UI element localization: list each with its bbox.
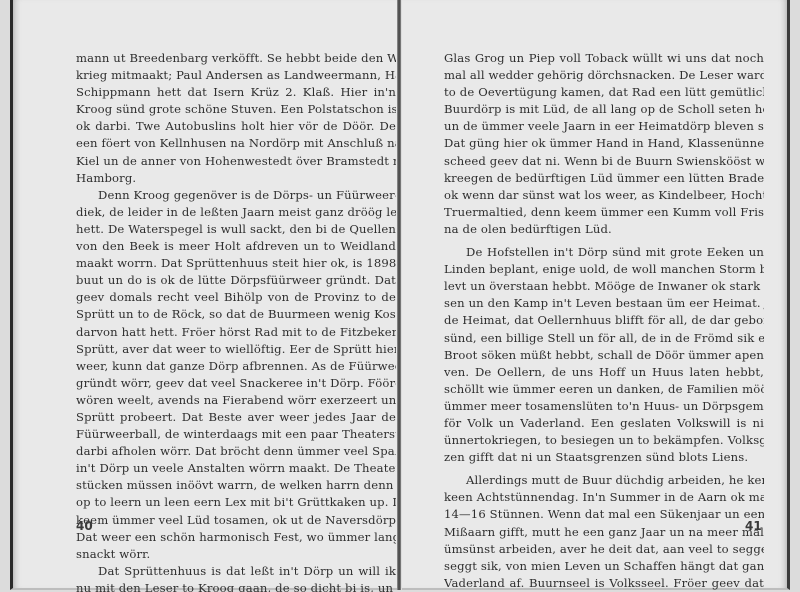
text-line: levt un överstaan hebbt. Mööge de Inwane… bbox=[444, 278, 764, 295]
text-line: 14—16 Stünnen. Wenn dat mal een Sükenjaa… bbox=[444, 506, 764, 523]
text-line: Kroog sünd grote schöne Stuven. Een Pols… bbox=[76, 101, 396, 118]
page-number-left: 40 bbox=[76, 519, 93, 533]
text-line: för Volk un Vaderland. Een geslaten Volk… bbox=[444, 415, 764, 432]
text-line: ünnertokriegen, to besiegen un to bekämp… bbox=[444, 432, 764, 449]
text-line: ümsünst arbeiden, aver he deit dat, aan … bbox=[444, 541, 764, 558]
text-line: ok wenn dar sünst wat los weer, as Kinde… bbox=[444, 187, 764, 204]
text-line: un de ümmer veele Jaarn in eer Heimatdör… bbox=[444, 118, 764, 135]
text-line: snackt wörr. bbox=[76, 546, 396, 563]
paragraph: Denn Kroog gegenöver is de Dörps- un Füü… bbox=[76, 187, 396, 563]
paragraph: Dat Sprüttenhuus is dat leßt in't Dörp u… bbox=[76, 563, 396, 592]
book-gutter bbox=[397, 0, 401, 590]
text-line: seggt sik, von mien Leven un Schaffen hä… bbox=[444, 558, 764, 575]
text-line: Linden beplant, enige uold, de woll manc… bbox=[444, 261, 764, 278]
text-line: diek, de leider in de leßten Jaarn meist… bbox=[76, 204, 396, 221]
text-line: zen gifft dat ni un Staatsgrenzen sünd b… bbox=[444, 449, 764, 466]
text-line: stücken müssen inöövt warrn, de welken h… bbox=[76, 477, 396, 494]
page-number-right: 41 bbox=[745, 519, 762, 533]
text-line: Glas Grog un Piep voll Toback wüllt wi u… bbox=[444, 50, 764, 67]
text-line: krieg mitmaakt; Paul Andersen as Landwee… bbox=[76, 67, 396, 84]
right-page: Glas Grog un Piep voll Toback wüllt wi u… bbox=[402, 0, 790, 590]
paragraph: Allerdings mutt de Buur düchdig arbeiden… bbox=[444, 472, 764, 592]
right-page-text: Glas Grog un Piep voll Toback wüllt wi u… bbox=[444, 50, 764, 592]
left-page-text: mann ut Breedenbarg verköfft. Se hebbt b… bbox=[76, 50, 396, 592]
text-line: Hamborg. bbox=[76, 170, 396, 187]
text-line: Sprütt, aver dat weer to wiellöftig. Eer… bbox=[76, 341, 396, 358]
text-line: sünd, een billige Stell un för all, de i… bbox=[444, 330, 764, 347]
text-line: wören weelt, avends na Fierabend wörr ex… bbox=[76, 392, 396, 409]
paragraph: mann ut Breedenbarg verköfft. Se hebbt b… bbox=[76, 50, 396, 187]
text-line: sen un den Kamp in't Leven bestaan üm ee… bbox=[444, 295, 764, 312]
text-line: weer, kunn dat ganze Dörp afbrennen. As … bbox=[76, 358, 396, 375]
text-line: mann ut Breedenbarg verköfft. Se hebbt b… bbox=[76, 50, 396, 67]
paragraph: Glas Grog un Piep voll Toback wüllt wi u… bbox=[444, 50, 764, 238]
text-line: Kiel un de anner von Hohenwestedt över B… bbox=[76, 153, 396, 170]
text-line: kreegen de bedürftigen Lüd ümmer een lüt… bbox=[444, 170, 764, 187]
text-line: Sprütt probeert. Dat Beste aver weer jed… bbox=[76, 409, 396, 426]
text-line: ümmer meer tosamenslüten to'n Huus- un D… bbox=[444, 398, 764, 415]
text-line: op to leern un leen eern Lex mit bi't Gr… bbox=[76, 494, 396, 511]
text-line: Denn Kroog gegenöver is de Dörps- un Füü… bbox=[76, 187, 396, 204]
text-line: darvon hatt hett. Fröer hörst Rad mit to… bbox=[76, 324, 396, 341]
text-line: schöllt wie ümmer eeren un danken, de Fa… bbox=[444, 381, 764, 398]
text-line: hett. De Waterspegel is wull sackt, den … bbox=[76, 221, 396, 238]
text-line: Schippmann hett dat Isern Krüz 2. Klaß. … bbox=[76, 84, 396, 101]
text-line: Dat Sprüttenhuus is dat leßt in't Dörp u… bbox=[76, 563, 396, 580]
text-line: keem ümmer veel Lüd tosamen, ok ut de Na… bbox=[76, 512, 396, 529]
text-line: scheed geev dat ni. Wenn bi de Buurn Swi… bbox=[444, 153, 764, 170]
text-line: darbi afholen wörr. Dat bröcht denn ümme… bbox=[76, 443, 396, 460]
text-line: Broot söken müßt hebbt, schall de Döör ü… bbox=[444, 347, 764, 364]
text-line: in't Dörp un veele Anstalten wörrn maakt… bbox=[76, 460, 396, 477]
text-line: gründt wörr, geev dat veel Snackeree in'… bbox=[76, 375, 396, 392]
text-line: Dat güng hier ok ümmer Hand in Hand, Kla… bbox=[444, 135, 764, 152]
text-line: De Hofstellen in't Dörp sünd mit grote E… bbox=[444, 244, 764, 261]
text-line: nu mit den Leser to Kroog gaan, de so di… bbox=[76, 580, 396, 592]
text-line: na de olen bedürftigen Lüd. bbox=[444, 221, 764, 238]
text-line: maakt worrn. Dat Sprüttenhuus steit hier… bbox=[76, 255, 396, 272]
text-line: Mißaarn gifft, mutt he een ganz Jaar un … bbox=[444, 524, 764, 541]
text-line: ven. De Oellern, de uns Hoff un Huus lat… bbox=[444, 364, 764, 381]
text-line: ok darbi. Twe Autobuslins holt hier vör … bbox=[76, 118, 396, 135]
text-line: von den Beek is meer Holt afdreven un to… bbox=[76, 238, 396, 255]
text-line: buut un do is ok de lütte Dörpsfüürweer … bbox=[76, 272, 396, 289]
left-page: mann ut Breedenbarg verköfft. Se hebbt b… bbox=[10, 0, 401, 590]
text-line: Sprütt un to de Röck, so dat de Buurmeen… bbox=[76, 306, 396, 323]
text-line: Buurdörp is mit Lüd, de all lang op de S… bbox=[444, 101, 764, 118]
paragraph: De Hofstellen in't Dörp sünd mit grote E… bbox=[444, 244, 764, 466]
text-line: de Heimat, dat Oellernhuus blifft för al… bbox=[444, 312, 764, 329]
text-line: een föert von Kellnhusen na Nordörp mit … bbox=[76, 135, 396, 152]
text-line: keen Achtstünnendag. In'n Summer in de A… bbox=[444, 489, 764, 506]
text-line: mal all wedder gehörig dörchsnacken. De … bbox=[444, 67, 764, 84]
text-line: Truermaltied, denn keem ümmer een Kumm v… bbox=[444, 204, 764, 221]
book-spread: mann ut Breedenbarg verköfft. Se hebbt b… bbox=[0, 0, 800, 592]
text-line: geev domals recht veel Bihölp von de Pro… bbox=[76, 289, 396, 306]
text-line: Allerdings mutt de Buur düchdig arbeiden… bbox=[444, 472, 764, 489]
text-line: Füürweerball, de winterdaags mit een paa… bbox=[76, 426, 396, 443]
text-line: Dat weer een schön harmonisch Fest, wo ü… bbox=[76, 529, 396, 546]
text-line: Vaderland af. Buurnseel is Volksseel. Fr… bbox=[444, 575, 764, 592]
text-line: to de Oevertügung kamen, dat Rad een lüt… bbox=[444, 84, 764, 101]
